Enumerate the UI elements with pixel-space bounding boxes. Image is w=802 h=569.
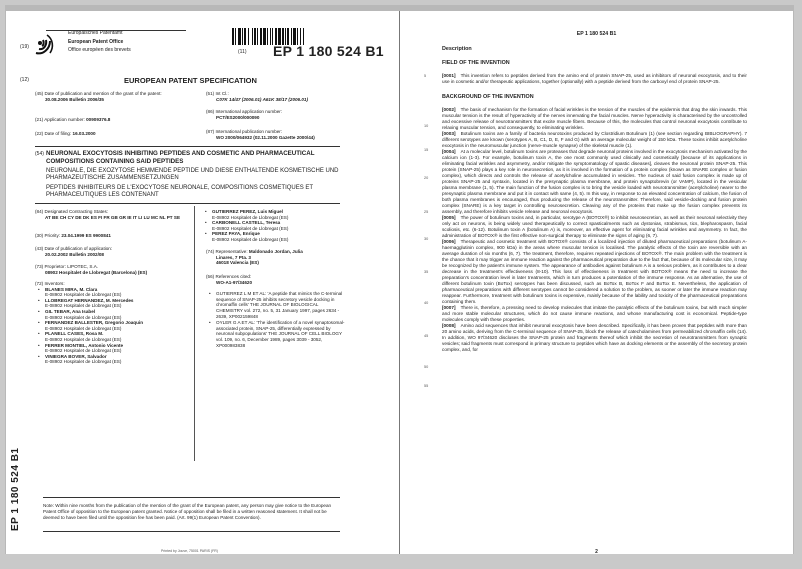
inventor-address: E-08902 Hospitalet de Llobregat (ES) bbox=[212, 237, 352, 243]
line-number: 5 bbox=[424, 74, 426, 78]
line-number: 20 bbox=[424, 176, 428, 180]
office-names: Europäisches Patentamt European Patent O… bbox=[68, 29, 131, 55]
reference-item: GUTIERREZ L M ET AL: 'A peptide that mim… bbox=[206, 291, 346, 319]
note-rule-bottom bbox=[43, 531, 340, 532]
page-1: (19) Europäisches Patentamt European Pat… bbox=[6, 11, 399, 554]
line-number: 10 bbox=[424, 124, 428, 128]
paragraph-text: Therapeutic and cosmetic treatment with … bbox=[442, 239, 747, 304]
field-21: (21) Application number: 00909376.8 bbox=[35, 117, 110, 123]
paragraph-text: There is, therefore, a pressing need to … bbox=[442, 305, 747, 322]
line-number: 25 bbox=[424, 210, 428, 214]
title-fr: PEPTIDES INHIBITEURS DE L'EXOCYTOSE NEUR… bbox=[46, 185, 346, 199]
title-de: NEURONALE, DIE EXOZYTOSE HEMMENDE PEPTID… bbox=[46, 168, 346, 182]
field-86: (86) International application number: P… bbox=[206, 109, 282, 120]
paragraph: [0004]At a molecular level, botulinum to… bbox=[442, 149, 747, 215]
paragraph-number: [0001] bbox=[442, 73, 456, 78]
paragraph-text: Botulinum toxins are a family of bacteri… bbox=[442, 131, 747, 148]
line-number: 55 bbox=[424, 384, 428, 388]
title-en: NEURONAL EXOCYTOSIS INHIBITING PEPTIDES … bbox=[46, 150, 346, 165]
paragraph-number: [0008] bbox=[442, 323, 456, 328]
printer-line: Printed by Jouve, 75001 PARIS (FR) bbox=[161, 549, 218, 553]
background-heading: BACKGROUND OF THE INVENTION bbox=[442, 94, 747, 100]
paragraph-text: The basis of mechanism for the formation… bbox=[442, 107, 747, 130]
field-45: (45) Date of publication and mention of … bbox=[35, 91, 175, 102]
paragraph-text: At a molecular level, botulinum toxins a… bbox=[442, 149, 747, 214]
paragraph-text: The power of botulinum toxins and, in pa… bbox=[442, 215, 747, 238]
section-title: Description bbox=[442, 46, 747, 52]
paragraph-text: This invention refers to peptides derive… bbox=[442, 73, 747, 84]
paragraph-number: [0007] bbox=[442, 305, 456, 310]
paragraph: [0002]The basis of mechanism for the for… bbox=[442, 107, 747, 131]
publication-number: EP 1 180 524 B1 bbox=[273, 43, 384, 59]
paragraph: [0003]Botulinum toxins are a family of b… bbox=[442, 131, 747, 149]
line-number: 40 bbox=[424, 301, 428, 305]
field-51: (51) Int Cl.: C07K 14/47 (2006.01) A61K … bbox=[206, 91, 308, 102]
inventor-list-continued: GUTIERREZ PEREZ, Luis MiguelE-08902 Hosp… bbox=[202, 209, 352, 243]
reference-list: GUTIERREZ L M ET AL: 'A peptide that mim… bbox=[206, 291, 346, 348]
paragraph: [0008]Amino acid sequences that inhibit … bbox=[442, 323, 747, 353]
inid-12: (12) bbox=[20, 77, 29, 83]
field-30: (30) Priority: 23.04.1999 ES 9900841 bbox=[35, 233, 111, 239]
reference-item: OYLER G A ET AL: 'The identification of … bbox=[206, 320, 346, 348]
running-header: EP 1 180 524 B1 bbox=[400, 31, 793, 37]
document-viewer: (19) Europäisches Patentamt European Pat… bbox=[5, 5, 794, 554]
inventor-entry: VINIEGRA BOVER, SalvadorE-08902 Hospital… bbox=[35, 354, 190, 365]
inid-11: (11) bbox=[238, 49, 247, 55]
paragraph-number: [0005] bbox=[442, 215, 456, 220]
paragraph: [0005]The power of botulinum toxins and,… bbox=[442, 215, 747, 239]
inventor-entry: PEREZ PAYA, EnriqueE-08902 Hospitalet de… bbox=[202, 231, 352, 242]
inventors-continued: GUTIERREZ PEREZ, Luis MiguelE-08902 Hosp… bbox=[202, 209, 352, 243]
line-number: 45 bbox=[424, 334, 428, 338]
office-name-en: European Patent Office bbox=[68, 38, 131, 47]
epo-logo-icon bbox=[33, 31, 55, 57]
office-name-de: Europäisches Patentamt bbox=[68, 29, 131, 38]
inventor-entry: PLANELL CASES, Rosa M.E-08902 Hospitalet… bbox=[35, 331, 190, 342]
section-rule-2 bbox=[35, 203, 340, 204]
field-73: (73) Proprietor: LIPOTEC, S.A. 08902 Hos… bbox=[35, 264, 147, 275]
inid-19: (19) bbox=[20, 44, 29, 50]
office-name-fr: Office européen des brevets bbox=[68, 46, 131, 55]
inventor-entry: FERRER MONTIEL, Antonio VicenteE-08902 H… bbox=[35, 343, 190, 354]
field-84: (84) Designated Contracting States: AT B… bbox=[35, 209, 185, 220]
page-2: EP 1 180 524 B1 510152025303540455055 De… bbox=[400, 11, 793, 554]
inventor-entry: CARBONELL CASTELL, TeresaE-08902 Hospita… bbox=[202, 220, 352, 231]
background-paragraphs: [0002]The basis of mechanism for the for… bbox=[442, 107, 747, 353]
opposition-note: Note: Within nine months from the public… bbox=[43, 503, 340, 520]
paragraph: [0006]Therapeutic and cosmetic treatment… bbox=[442, 239, 747, 305]
field-87: (87) International publication number: W… bbox=[206, 129, 315, 140]
paragraph-number: [0002] bbox=[442, 107, 456, 112]
section-rule bbox=[35, 146, 340, 147]
column-divider bbox=[194, 206, 195, 461]
inventor-entry: LLOBREGAT HERNANDEZ, M. MercedesE-08902 … bbox=[35, 298, 190, 309]
inventor-entry: GUTIERREZ PEREZ, Luis MiguelE-08902 Hosp… bbox=[202, 209, 352, 220]
inventor-entry: FERNANDEZ BALLESTER, Gregorio JoaquinE-0… bbox=[35, 320, 190, 331]
paragraph-0001: [0001]This invention refers to peptides … bbox=[442, 73, 747, 85]
document-type: EUROPEAN PATENT SPECIFICATION bbox=[124, 76, 257, 85]
paragraph-number: [0003] bbox=[442, 131, 456, 136]
line-number: 15 bbox=[424, 148, 428, 152]
inventor-entry: GIL TEBAR, Ana IsabelE-08902 Hospitalet … bbox=[35, 309, 190, 320]
inventor-entry: BLANES MIRA, M. ClaraE-08902 Hospitalet … bbox=[35, 287, 190, 298]
paragraph: [0007]There is, therefore, a pressing ne… bbox=[442, 305, 747, 323]
field-heading: FIELD OF THE INVENTION bbox=[442, 60, 747, 66]
field-43: (43) Date of publication of application:… bbox=[35, 246, 112, 257]
vertical-publication-number: EP 1 180 524 B1 bbox=[10, 448, 21, 532]
line-number: 30 bbox=[424, 237, 428, 241]
paragraph-text: Amino acid sequences that inhibit neuron… bbox=[442, 323, 747, 352]
note-rule-top bbox=[43, 497, 340, 498]
inventor-list: BLANES MIRA, M. ClaraE-08902 Hospitalet … bbox=[35, 287, 190, 365]
paragraph-number: [0006] bbox=[442, 239, 456, 244]
field-22: (22) Date of filing: 16.03.2000 bbox=[35, 131, 96, 137]
line-number: 50 bbox=[424, 365, 428, 369]
paragraph-number: [0004] bbox=[442, 149, 456, 154]
line-number: 35 bbox=[424, 270, 428, 274]
description-column: Description FIELD OF THE INVENTION [0001… bbox=[442, 46, 747, 353]
page-number: 2 bbox=[400, 549, 793, 554]
paragraph: [0001]This invention refers to peptides … bbox=[442, 73, 747, 85]
inid-54: (54) bbox=[35, 151, 44, 157]
field-72: (72) Inventors: BLANES MIRA, M. ClaraE-0… bbox=[35, 281, 190, 365]
field-74: (74) Representative: Maldonado Jordan, J… bbox=[206, 249, 303, 266]
inventor-address: E-08902 Hospitalet de Llobregat (ES) bbox=[45, 359, 190, 365]
field-56: (56) References cited: WO-A1-97/34620 GU… bbox=[206, 274, 346, 349]
